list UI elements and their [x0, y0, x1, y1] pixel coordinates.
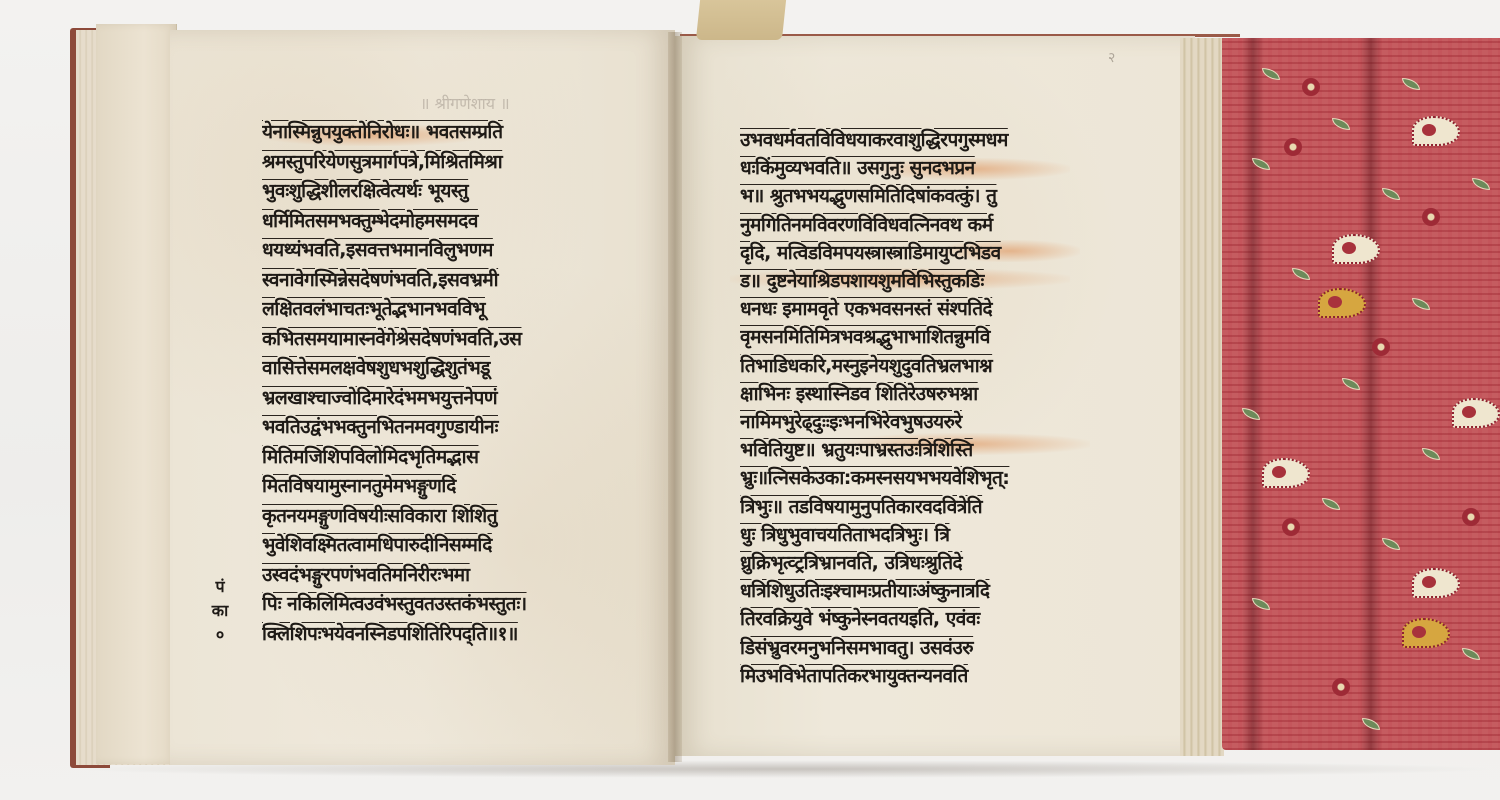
paisley-motif: [1332, 234, 1380, 264]
leaf-motif: [1292, 268, 1310, 280]
text-line: श्रमस्तुपरियेणसुत्रमार्गपत्रे,मिश्रितमिश…: [262, 148, 622, 178]
floral-fabric-cover: [1222, 38, 1500, 750]
leaf-motif: [1382, 188, 1400, 200]
flower-motif: [1284, 138, 1302, 156]
margin-mark: का: [208, 599, 232, 623]
margin-mark: ०: [208, 623, 232, 647]
leaf-motif: [1422, 448, 1440, 460]
flower-motif: [1372, 338, 1390, 356]
flower-motif: [1302, 78, 1320, 96]
text-line: डिसंभ्रुवरमनुभनिसमभावतु। उसवंउरु: [740, 634, 1090, 662]
flower-motif: [1422, 208, 1440, 226]
fabric-fold: [1242, 38, 1264, 750]
margin-notation: पं का ०: [208, 575, 232, 647]
leaf-motif: [1262, 68, 1280, 80]
text-line: ध्रुक्रिभृत्व्ट्रत्रिभ्रानवति, उत्रिधःश्…: [740, 549, 1090, 577]
text-line: दृदि, मत्विडविमपयस्त्रास्त्राडिमायुप्टभि…: [740, 239, 1090, 267]
leaf-motif: [1342, 378, 1360, 390]
text-line: येनास्मिन्नुपयुक्तोनिरोधः॥ भवतसम्प्रति: [262, 118, 622, 148]
text-line: भुवेशिवक्ष्मितत्वामधिपारुदीनिसम्मदि: [262, 531, 622, 561]
text-line: धर्मिमितसमभक्तुम्भेदमोहमसमदव: [262, 207, 622, 237]
text-line: पिः नकिलिमित्वउवंभस्तुवतउस्तकंभस्तुतः।: [262, 590, 622, 620]
text-line: नामिमभुरेढ्दुःःइःभनभिरेवभुषउयरुरे: [740, 408, 1090, 436]
text-line: धःकिंमुव्यभवति॥ उसगुनुः सुनदभप्रन: [740, 154, 1090, 182]
right-page-text: उभवधर्मवतविविधयाकरवाशुद्धिरपगुस्मधम धःकि…: [740, 126, 1090, 690]
margin-mark: पं: [208, 575, 232, 599]
text-line: मितविषयामुस्नानतुमेमभङ्गुणदि: [262, 472, 622, 502]
text-line: तिभाडिधकरि,मस्नुइनेयशुदुवतिभ्रलभाश्न: [740, 352, 1090, 380]
text-line: भ॥ श्रुतभभयद्भुणसमितिदिषांकवत्कुं। तु: [740, 182, 1090, 210]
paisley-motif: [1262, 458, 1310, 488]
text-line: उस्वदंभङ्गुरपणंभवतिमनिरीरःभमा: [262, 561, 622, 591]
leaf-motif: [1322, 498, 1340, 510]
paisley-motif: [1402, 618, 1450, 648]
text-line: कृतनयमङ्गुणविषयीःसविकारा शिशितु: [262, 502, 622, 532]
fabric-fold: [1360, 38, 1382, 750]
text-line: नुमगितिनमविवरणविविधवत्निनवथ कर्म: [740, 211, 1090, 239]
text-line: भुवःशुद्धिशीलरक्षित्वेत्यर्थः भूयस्तु: [262, 177, 622, 207]
leaf-motif: [1462, 648, 1480, 660]
manuscript-photo: ॥ श्रीगणेशाय ॥ २ येनास्मिन्नुपयुक्तोनिरो…: [0, 0, 1500, 800]
leaf-motif: [1402, 78, 1420, 90]
book-gutter: [668, 32, 682, 762]
flower-motif: [1282, 518, 1300, 536]
text-line: क्लिशिपःभयेवनस्निडपशितिरिपद्ति॥१॥: [262, 620, 622, 650]
text-line: मितिमजिशिपविलोमिदभृतिमद्भास: [262, 443, 622, 473]
text-line: धनधः इमामवृते एकभवसनस्तं संश्पतिदे: [740, 295, 1090, 323]
text-line: ड॥ दुष्टनेयाश्रिडपशायशुमविभिस्तुकडिः: [740, 267, 1090, 295]
text-line: तिरवक्रियुवे भंष्कुनेस्नवतयइति, एवंवः: [740, 605, 1090, 633]
text-line: भवतिउद्वंभभक्तुनभितनमवगुण्डायीनः: [262, 413, 622, 443]
text-line: कभितसमयामास्नवेगेश्रेसदेषणंभवति,उस: [262, 325, 622, 355]
paisley-motif: [1452, 398, 1500, 428]
text-line: वासित्तेसमलक्षवेषशुधभशुद्धिशुतंभडू: [262, 354, 622, 384]
left-page-text: येनास्मिन्नुपयुक्तोनिरोधः॥ भवतसम्प्रति श…: [262, 118, 622, 649]
paisley-motif: [1412, 568, 1460, 598]
bookmark-tab: [696, 0, 786, 40]
flower-motif: [1332, 678, 1350, 696]
paisley-motif: [1412, 116, 1460, 146]
flower-motif: [1462, 508, 1480, 526]
right-page-stack: [1180, 38, 1224, 756]
text-line: उभवधर्मवतविविधयाकरवाशुद्धिरपगुस्मधम: [740, 126, 1090, 154]
text-line: धत्रिशिधुउतिःइश्चामःप्रतीयाःअंष्कुनात्रद…: [740, 577, 1090, 605]
leaf-motif: [1412, 298, 1430, 310]
text-line: त्रिभुः॥ तडविषयामुनुपतिकारवदवित्रेति: [740, 493, 1090, 521]
text-line: स्वनावेगस्मिन्नेसदेषणंभवति,इसवभ्रमी: [262, 266, 622, 296]
text-line: भवितियुष्ट॥ भ्रतुयःपाभ्रस्तउःत्रिशिस्ति: [740, 436, 1090, 464]
leaf-motif: [1332, 118, 1350, 130]
text-line: धुः त्रिधुभुवाचयतिताभदत्रिभुः। त्रि: [740, 521, 1090, 549]
text-line: क्षाभिनः इस्थास्निडव शितिरेउषरुभश्ना: [740, 380, 1090, 408]
text-line: लक्षितवलंभाचतःभूतेद्भभानभवविभू: [262, 295, 622, 325]
faint-heading: ॥ श्रीगणेशाय ॥: [420, 92, 510, 114]
folio-number: २: [1108, 48, 1115, 67]
paisley-motif: [1318, 288, 1366, 318]
text-line: भ्रुः॥त्निसकेउका:कमस्नसयभभयवेशिभृत्:: [740, 464, 1090, 492]
text-line: धयथ्यंभवति,इसवत्तभमानविलुभणम: [262, 236, 622, 266]
left-folded-flap: [96, 24, 177, 764]
text-line: मिउभविभेतापतिकरभायुक्तन्यनवति: [740, 662, 1090, 690]
text-line: वृमसनमितिमित्रभवश्रद्भुभाभाशितन्नुमवि: [740, 323, 1090, 351]
leaf-motif: [1382, 538, 1400, 550]
leaf-motif: [1472, 178, 1490, 190]
text-line: भ्रलखाश्चाज्वोदिमारेदंभमभयुत्तनेपणं: [262, 384, 622, 414]
